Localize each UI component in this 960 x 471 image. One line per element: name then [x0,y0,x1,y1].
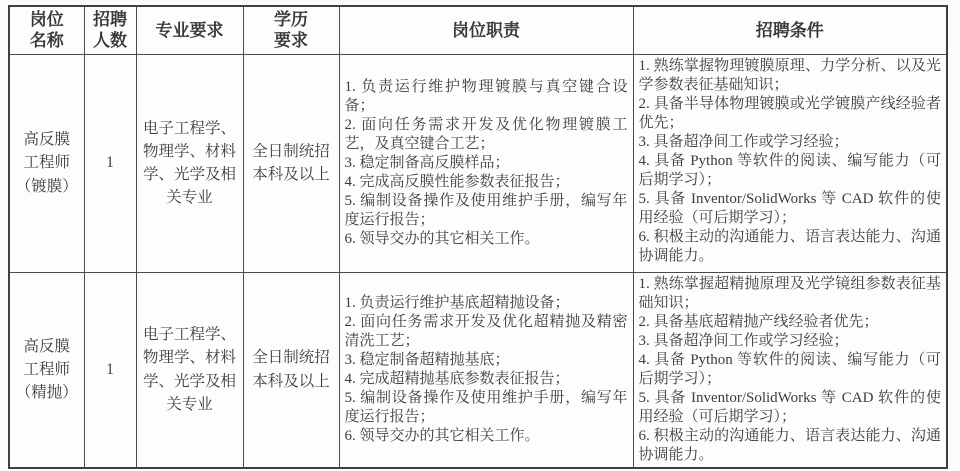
recruitment-table-sheet: 岗位 名称 招聘 人数 专业要求 学历 要求 岗位职责 招聘条件 高反膜 工程师… [8,5,948,469]
list-item-line: 2. 具备半导体物理镀膜或光学镀膜产线经验者优先； [639,95,942,133]
col-header-headcount: 招聘 人数 [84,6,136,54]
list-item-line: 1. 负责运行维护基底超精抛设备； [345,294,628,313]
cell-major-requirement: 电子工程学、 物理学、材料 学、光学及相 关专业 [136,272,243,468]
list-item-line: 3. 稳定制备高反膜样品； [345,154,628,173]
list-item-line: 2. 面向任务需求开发及优化物理镀膜工艺，及真空键合工艺； [345,116,628,154]
list-item-line: 1. 负责运行维护物理镀膜与真空键合设备； [345,78,628,116]
cell-headcount: 1 [84,272,136,468]
table-header-row: 岗位 名称 招聘 人数 专业要求 学历 要求 岗位职责 招聘条件 [9,6,947,54]
list-item-line: 2. 面向任务需求开发及优化超精抛及精密清洗工艺； [345,313,628,351]
job-postings-table: 岗位 名称 招聘 人数 专业要求 学历 要求 岗位职责 招聘条件 高反膜 工程师… [8,5,948,469]
list-item-line: 3. 稳定制备超精抛基底； [345,351,628,370]
table-row-coating-engineer: 高反膜 工程师 （镀膜） 1 电子工程学、 物理学、材料 学、光学及相 关专业 … [9,54,947,272]
list-item-line: 5. 具备 Inventor/SolidWorks 等 CAD 软件的使用经验（… [639,190,942,228]
cell-headcount: 1 [84,54,136,272]
col-header-recruitment-conditions: 招聘条件 [633,6,947,54]
list-item-line: 5. 编制设备操作及使用维护手册，编写年度运行报告； [345,192,628,230]
table-row-polishing-engineer: 高反膜 工程师 （精抛） 1 电子工程学、 物理学、材料 学、光学及相 关专业 … [9,272,947,468]
col-header-position-name: 岗位 名称 [9,6,84,54]
list-item-line: 5. 编制设备操作及使用维护手册，编写年度运行报告； [345,389,628,427]
list-item-line: 3. 具备超净间工作或学习经验； [639,332,942,351]
cell-recruitment-conditions: 1. 熟练掌握物理镀膜原理、力学分析、以及光学参数表征基础知识；2. 具备半导体… [633,54,947,272]
cell-job-duties: 1. 负责运行维护物理镀膜与真空键合设备；2. 面向任务需求开发及优化物理镀膜工… [339,54,633,272]
list-item-line: 6. 积极主动的沟通能力、语言表达能力、沟通协调能力。 [639,427,942,465]
recruitment-conditions-list: 1. 熟练掌握超精抛原理及光学镜组参数表征基础知识；2. 具备基底超精抛产线经验… [639,275,942,465]
cell-position-name: 高反膜 工程师 （精抛） [9,272,84,468]
list-item-line: 6. 积极主动的沟通能力、语言表达能力、沟通协调能力。 [639,228,942,266]
cell-position-name: 高反膜 工程师 （镀膜） [9,54,84,272]
col-header-major-requirement: 专业要求 [136,6,243,54]
recruitment-conditions-list: 1. 熟练掌握物理镀膜原理、力学分析、以及光学参数表征基础知识；2. 具备半导体… [639,57,942,266]
list-item-line: 4. 具备 Python 等软件的阅读、编写能力（可后期学习）； [639,351,942,389]
cell-major-requirement: 电子工程学、 物理学、材料 学、光学及相 关专业 [136,54,243,272]
list-item-line: 2. 具备基底超精抛产线经验者优先； [639,313,942,332]
cell-job-duties: 1. 负责运行维护基底超精抛设备；2. 面向任务需求开发及优化超精抛及精密清洗工… [339,272,633,468]
job-duties-list: 1. 负责运行维护基底超精抛设备；2. 面向任务需求开发及优化超精抛及精密清洗工… [345,294,628,446]
list-item-line: 4. 具备 Python 等软件的阅读、编写能力（可后期学习）； [639,152,942,190]
list-item-line: 6. 领导交办的其它相关工作。 [345,230,628,249]
col-header-job-duties: 岗位职责 [339,6,633,54]
list-item-line: 4. 完成高反膜性能参数表征报告； [345,173,628,192]
col-header-education-requirement: 学历 要求 [243,6,339,54]
cell-education-requirement: 全日制统招 本科及以上 [243,54,339,272]
list-item-line: 3. 具备超净间工作或学习经验； [639,133,942,152]
cell-recruitment-conditions: 1. 熟练掌握超精抛原理及光学镜组参数表征基础知识；2. 具备基底超精抛产线经验… [633,272,947,468]
list-item-line: 4. 完成超精抛基底参数表征报告； [345,370,628,389]
list-item-line: 1. 熟练掌握物理镀膜原理、力学分析、以及光学参数表征基础知识； [639,57,942,95]
list-item-line: 1. 熟练掌握超精抛原理及光学镜组参数表征基础知识； [639,275,942,313]
list-item-line: 5. 具备 Inventor/SolidWorks 等 CAD 软件的使用经验（… [639,389,942,427]
job-duties-list: 1. 负责运行维护物理镀膜与真空键合设备；2. 面向任务需求开发及优化物理镀膜工… [345,78,628,249]
list-item-line: 6. 领导交办的其它相关工作。 [345,427,628,446]
cell-education-requirement: 全日制统招 本科及以上 [243,272,339,468]
